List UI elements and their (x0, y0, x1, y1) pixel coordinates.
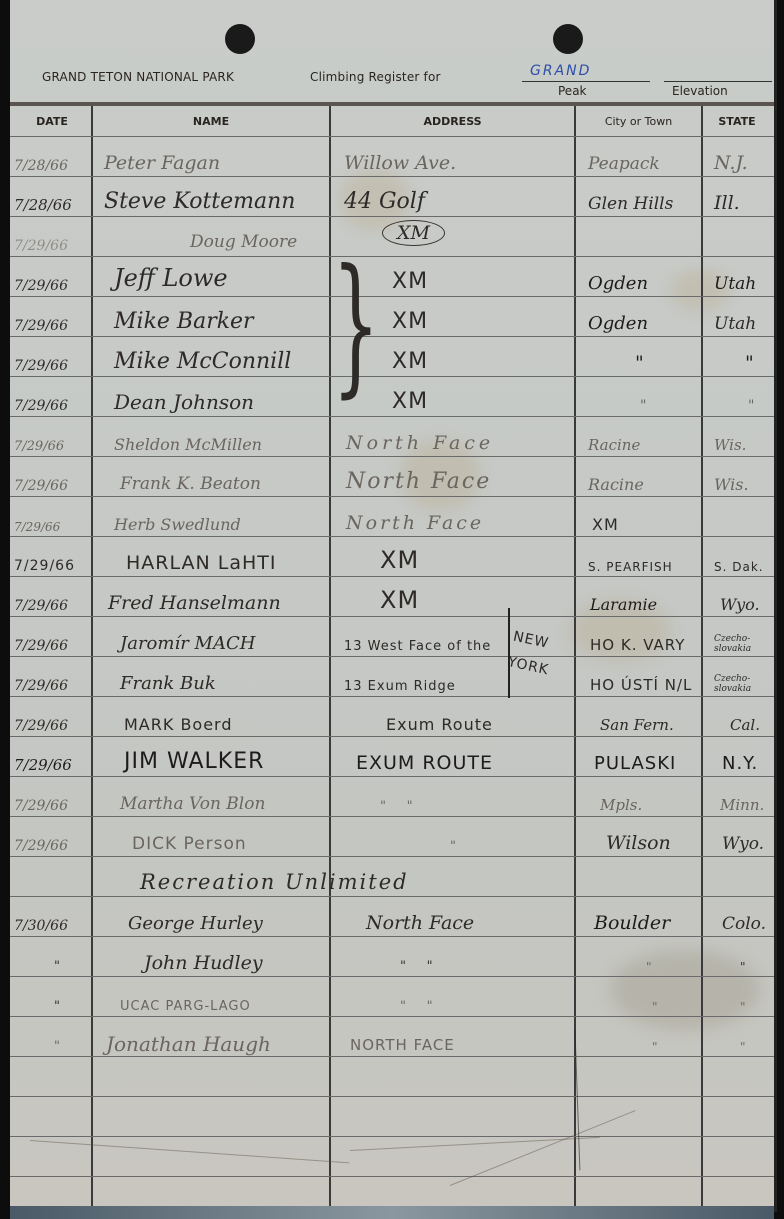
entry-city: Laramie (590, 580, 657, 614)
entry-name: George Hurley (128, 900, 263, 934)
elevation-label: Elevation (672, 84, 728, 98)
row-rule (10, 536, 774, 537)
entry-date: " (54, 980, 60, 1014)
entry-address: NORTH FACE (350, 1020, 455, 1054)
entry-address: " " (400, 940, 433, 974)
entry-address: North Face (366, 900, 474, 934)
entry-city: Mpls. (600, 780, 642, 814)
row-rule (10, 296, 774, 297)
entry-city: " (640, 380, 646, 414)
entry-address: XM (392, 340, 428, 374)
entry-state: S. Dak. (714, 540, 764, 574)
entry-name: JIM WALKER (124, 740, 264, 774)
entry-name: Jaromír MACH (120, 620, 255, 654)
binder-hole-left (225, 24, 255, 54)
entry-state: Colo. (722, 900, 766, 934)
entry-city: San Fern. (600, 700, 674, 734)
entry-date: 7/29/66 (14, 340, 68, 374)
entry-address: North Face (346, 420, 494, 454)
row-rule (10, 376, 774, 377)
row-rule (10, 136, 774, 137)
entry-address: Exum Route (386, 700, 493, 734)
entry-address: North Face (346, 460, 491, 494)
entry-address: XM (380, 540, 419, 574)
entry-city: S. PEARFISH (588, 540, 673, 574)
entry-state: Wis. (714, 420, 746, 454)
entry-name: Recreation Unlimited (140, 860, 409, 894)
entry-state: Wyo. (720, 580, 760, 614)
entry-name: Sheldon McMillen (114, 420, 262, 454)
entry-date: 7/28/66 (14, 180, 72, 214)
entry-city: Ogden (588, 260, 648, 294)
col-header-address: ADDRESS (330, 108, 575, 134)
entry-state: Utah (714, 260, 756, 294)
entry-name: John Hudley (144, 940, 263, 974)
entry-date: 7/29/66 (14, 620, 68, 654)
row-rule (10, 216, 774, 217)
entry-date: 7/29/66 (14, 380, 68, 414)
entry-date: 7/29/66 (14, 820, 68, 854)
row-rule (10, 936, 774, 937)
entry-name: Doug Moore (190, 218, 297, 252)
entry-date: 7/29/66 (14, 700, 68, 734)
entry-city: HO ÚSTÍ N/L (590, 660, 692, 694)
row-rule (10, 496, 774, 497)
row-rule (10, 1016, 774, 1017)
entry-city: Glen Hills (588, 180, 673, 214)
entry-date: 7/29/66 (14, 780, 68, 814)
entry-date: 7/29/66 (14, 460, 68, 494)
entry-date: 7/29/66 (14, 660, 68, 694)
row-rule (10, 1096, 774, 1097)
binder-hole-right (553, 24, 583, 54)
entry-address: North Face (346, 500, 484, 534)
entry-address: XM (392, 300, 428, 334)
register-sheet: GRAND TETON NATIONAL PARK Climbing Regis… (10, 0, 777, 1212)
entry-address: " " (380, 780, 413, 814)
entry-date: " (54, 1020, 60, 1054)
entry-name: Jeff Lowe (114, 258, 228, 292)
row-rule (10, 976, 774, 977)
entry-city: PULASKI (594, 740, 676, 774)
entry-state: N.J. (714, 140, 748, 174)
row-rule (10, 856, 774, 857)
entry-city: " (646, 940, 652, 974)
entry-city: Wilson (606, 820, 671, 854)
row-rule (10, 336, 774, 337)
entry-name: Mike Barker (114, 300, 254, 334)
entry-state: Czecho-slovakia (714, 620, 774, 654)
register-label: Climbing Register for (310, 70, 441, 84)
entry-city: Boulder (594, 900, 670, 934)
bracket-xm-group: } (332, 250, 380, 400)
entry-state: Ill. (714, 180, 740, 214)
entry-city: Ogden (588, 300, 648, 334)
entry-state: " (745, 340, 754, 374)
entry-city: " (652, 980, 658, 1014)
row-rule (10, 576, 774, 577)
row-rule (10, 1056, 774, 1057)
row-rule (10, 456, 774, 457)
entry-date: 7/30/66 (14, 900, 68, 934)
entry-name: Jonathan Haugh (106, 1022, 271, 1056)
entry-name: Peter Fagan (104, 140, 220, 174)
entry-date: 7/29/66 (14, 580, 68, 614)
entry-address: XM (392, 380, 428, 414)
entry-name: Fred Hanselmann (108, 580, 281, 614)
row-rule (10, 816, 774, 817)
entry-date: 7/29/66 (14, 260, 68, 294)
peak-label: Peak (558, 84, 587, 98)
row-rule (10, 736, 774, 737)
paper-crease (450, 1110, 636, 1186)
row-rule (10, 776, 774, 777)
entry-name: UCAC PARG-LAGO (120, 980, 251, 1014)
entry-state: Utah (714, 300, 756, 334)
entry-date: 7/29/66 (14, 500, 60, 534)
table-top-rule (10, 102, 774, 106)
entry-state: Cal. (730, 700, 760, 734)
row-rule (10, 1176, 774, 1177)
entry-city: " (635, 340, 644, 374)
entry-date: " (54, 940, 60, 974)
entry-address: 44 Golf (344, 180, 425, 214)
entry-name: Herb Swedlund (114, 500, 241, 534)
row-rule (10, 656, 774, 657)
row-rule (10, 416, 774, 417)
entry-state: N.Y. (722, 740, 758, 774)
entry-date: 7/28/66 (14, 140, 68, 174)
col-header-date: DATE (12, 108, 92, 134)
entry-name: DICK Person (132, 820, 247, 854)
entry-state: " (740, 940, 746, 974)
entry-name: Martha Von Blon (120, 780, 265, 814)
entry-city: " (652, 1020, 658, 1054)
entry-city: XM (592, 500, 619, 534)
entry-name: HARLAN LaHTI (126, 540, 276, 574)
entry-name: Frank K. Beaton (120, 460, 261, 494)
entry-address: 13 West Face of the (344, 620, 491, 654)
park-title: GRAND TETON NATIONAL PARK (42, 70, 234, 84)
entry-date: 7/29/66 (14, 300, 68, 334)
entry-address: " (450, 820, 456, 854)
entry-name: Steve Kottemann (104, 180, 295, 214)
entry-address: Willow Ave. (344, 140, 456, 174)
row-rule (10, 1136, 774, 1137)
entry-address: " " (400, 980, 433, 1014)
entry-address: XM (382, 220, 445, 246)
col-header-state: STATE (702, 108, 772, 134)
entry-state: Wyo. (722, 820, 764, 854)
entry-address: 13 Exum Ridge (344, 660, 456, 694)
new-york-annotation: NEW YORK (503, 615, 572, 695)
entry-date: 7/29/66 (14, 540, 75, 574)
col-header-name: NAME (92, 108, 330, 134)
entry-address: XM (392, 260, 428, 294)
entry-address: XM (380, 580, 419, 614)
entry-name: MARK Boerd (124, 700, 233, 734)
bottom-edge (10, 1206, 774, 1219)
paper-crease (30, 1140, 349, 1163)
row-rule (10, 176, 774, 177)
entry-date: 7/29/66 (14, 420, 64, 454)
new-york-bracket (508, 608, 510, 698)
entry-name: Frank Buk (120, 660, 216, 694)
entry-state: " (748, 380, 754, 414)
entry-state: " (740, 1020, 746, 1054)
col-header-city: City or Town (575, 108, 702, 134)
entry-name: Mike McConnill (114, 340, 291, 374)
peak-underline (522, 81, 650, 82)
entry-address: EXUM ROUTE (356, 740, 493, 774)
row-rule (10, 896, 774, 897)
entry-state: " (740, 980, 746, 1014)
entry-city: Peapack (588, 140, 660, 174)
entry-state: Minn. (720, 780, 764, 814)
entry-date: 7/29/66 (14, 220, 68, 254)
entry-name: Dean Johnson (114, 380, 254, 414)
entry-city: HO K. VARY (590, 620, 685, 654)
row-rule (10, 696, 774, 697)
entry-city: Racine (588, 460, 644, 494)
entry-city: Racine (588, 420, 640, 454)
entry-state: Wis. (714, 460, 749, 494)
row-rule (10, 616, 774, 617)
elevation-underline (664, 81, 772, 82)
peak-value: GRAND (530, 63, 591, 79)
row-rule (10, 256, 774, 257)
entry-date: 7/29/66 (14, 740, 72, 774)
entry-state: Czecho-slovakia (714, 660, 774, 694)
